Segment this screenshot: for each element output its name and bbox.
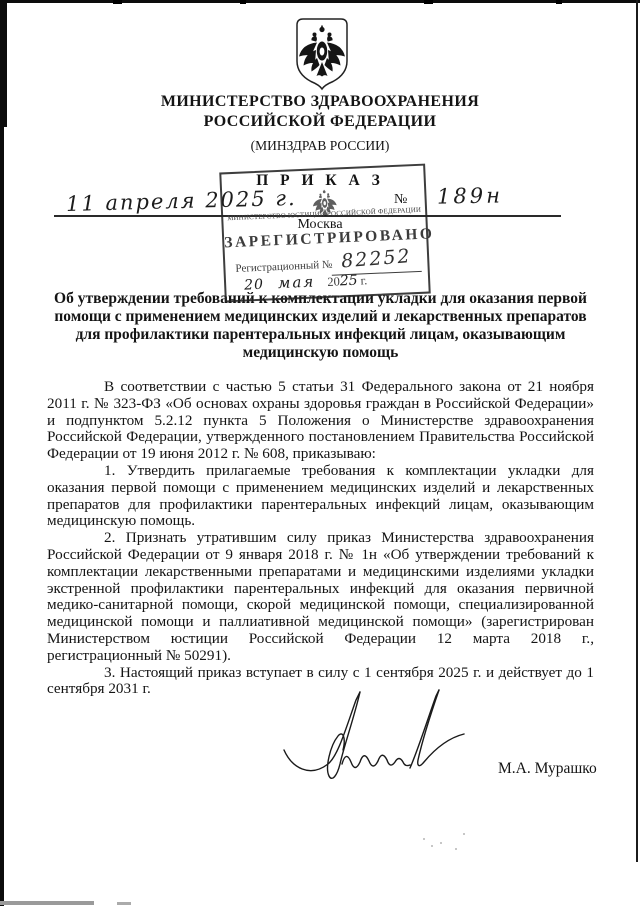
scan-artifact-bottom-bar	[0, 901, 94, 905]
ministry-name-line1: МИНИСТЕРСТВО ЗДРАВООХРАНЕНИЯ	[0, 93, 640, 111]
stamp-reg-date-day: 20	[244, 277, 265, 294]
scan-artifact-top-edge	[0, 0, 640, 3]
ministry-name-line2: РОССИЙСКОЙ ФЕДЕРАЦИИ	[0, 113, 640, 131]
order-title: Об утверждении требований к комплектации…	[47, 290, 594, 362]
signature-icon	[280, 688, 476, 808]
stamp-reg-date-month: мая	[278, 272, 316, 292]
order-number-handwritten: 189н	[437, 183, 503, 208]
scan-artifact-left-edge	[0, 0, 4, 906]
stamp-reg-date-year-handwritten: 25	[339, 273, 358, 290]
body-paragraph-item1: 1. Утвердить прилагаемые требования к ко…	[47, 463, 594, 530]
scan-speck	[440, 842, 442, 844]
scan-speck	[423, 838, 425, 840]
scan-speck	[431, 845, 433, 847]
justice-registration-stamp: МИНИСТЕРСТВО ЮСТИЦИИ РОССИЙСКОЙ ФЕДЕРАЦИ…	[219, 164, 430, 303]
body-paragraph-item2: 2. Признать утратившим силу приказ Минис…	[47, 530, 594, 664]
scan-speck	[455, 848, 457, 850]
scan-artifact-notch	[113, 0, 122, 4]
scan-artifact-notch	[424, 0, 433, 4]
coat-of-arms-icon	[291, 15, 353, 91]
scanned-document-page: МИНИСТЕРСТВО ЗДРАВООХРАНЕНИЯ РОССИЙСКОЙ …	[0, 0, 640, 906]
scan-artifact-bottom-bar	[117, 902, 131, 905]
stamp-reg-date-year: 20	[327, 274, 340, 289]
order-body: В соответствии с частью 5 статьи 31 Феде…	[47, 379, 594, 698]
body-paragraph-preamble: В соответствии с частью 5 статьи 31 Феде…	[47, 379, 594, 463]
scan-artifact-notch	[240, 0, 246, 4]
scan-speck	[463, 833, 465, 835]
ministry-short-name: (МИНЗДРАВ РОССИИ)	[0, 138, 640, 154]
signer-name: М.А. Мурашко	[498, 760, 597, 778]
scan-artifact-notch	[556, 0, 562, 4]
stamp-reg-date-suffix: г.	[360, 273, 367, 287]
